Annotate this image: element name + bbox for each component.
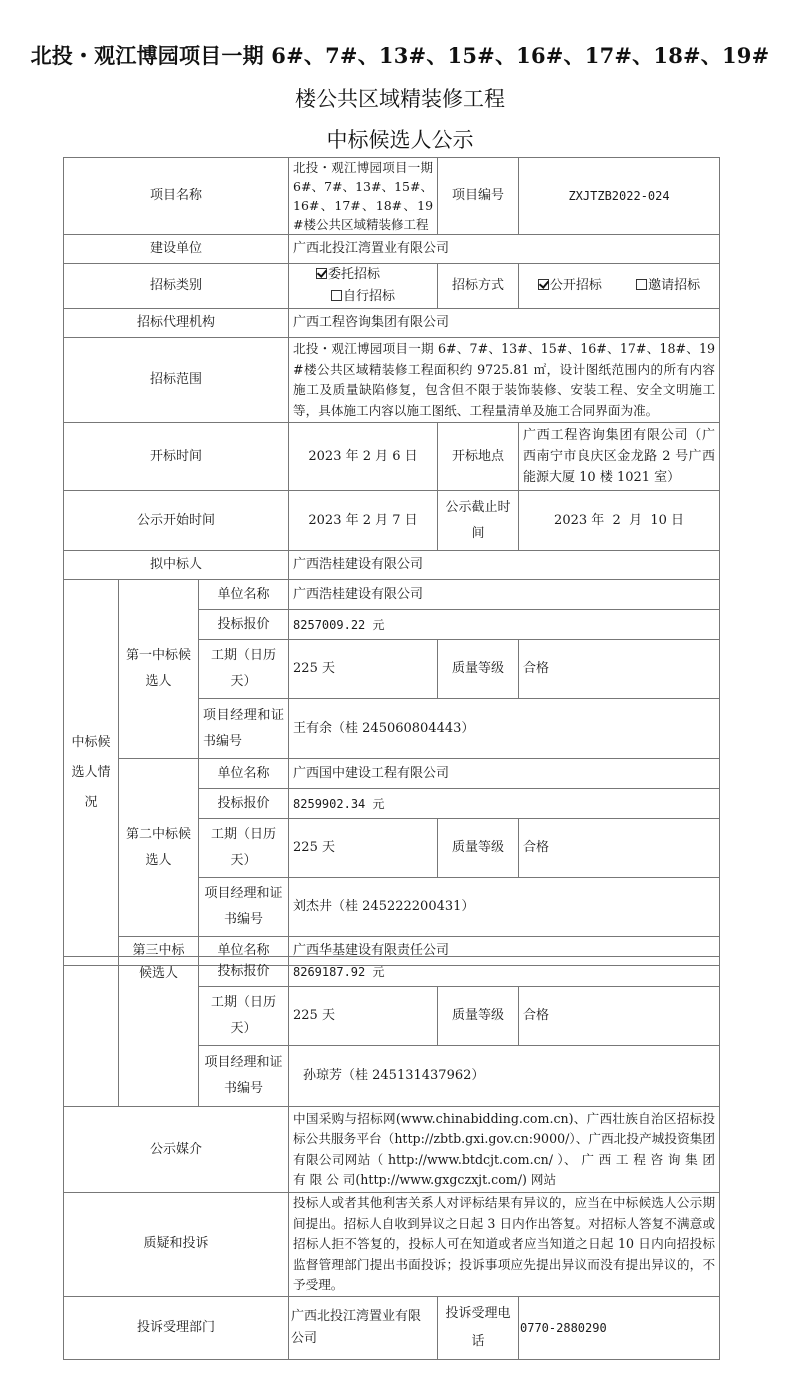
project-no-label: 项目编号	[438, 158, 519, 235]
bid-method-label: 招标方式	[438, 264, 519, 309]
unit-name-label: 单位名称	[199, 759, 289, 789]
row-complaint-dept: 投诉受理部门 广西北投江湾置业有限公司 投诉受理电话 0770-2880290	[64, 1296, 720, 1359]
candidate1-rank-label: 第一中标候选人	[119, 580, 199, 759]
candidate1-quality: 合格	[519, 640, 720, 699]
candidates-section-label: 中标候选人情况	[64, 580, 119, 966]
notice-end-label: 公示截止时间	[438, 491, 519, 551]
row-project-name: 项目名称 北投・观江博园项目一期 6#、7#、13#、15#、16#、17#、1…	[64, 158, 720, 235]
owner-label: 建设单位	[64, 235, 289, 264]
row-scope: 招标范围 北投・观江博园项目一期 6#、7#、13#、15#、16#、17#、1…	[64, 338, 720, 423]
bid-type-options: 委托招标 自行招标	[289, 264, 438, 309]
candidate2-row-unit: 第二中标候选人 单位名称 广西国中建设工程有限公司	[64, 759, 720, 789]
complaint-value: 投标人或者其他利害关系人对评标结果有异议的，应当在中标候选人公示期间提出。招标人…	[289, 1193, 720, 1297]
bid-type-label: 招标类别	[64, 264, 289, 309]
project-name-label: 项目名称	[64, 158, 289, 235]
unit-name-label: 单位名称	[199, 580, 289, 610]
candidate3-bid-price: 8269187.92 元	[289, 957, 720, 987]
open-time-value: 2023 年 2 月 6 日	[289, 423, 438, 491]
row-owner: 建设单位 广西北投江湾置业有限公司	[64, 235, 720, 264]
open-time-label: 开标时间	[64, 423, 289, 491]
complaint-phone-value: 0770-2880290	[519, 1296, 720, 1359]
candidate1-duration: 225 天	[289, 640, 438, 699]
agency-label: 招标代理机构	[64, 309, 289, 338]
checkbox-unchecked-icon[interactable]	[636, 279, 647, 290]
candidate2-manager: 刘杰井（桂 245222200431）	[289, 878, 720, 937]
scope-label: 招标范围	[64, 338, 289, 423]
candidate3-duration: 225 天	[289, 987, 438, 1046]
candidate1-bid-price: 8257009.22 元	[289, 610, 720, 640]
quality-label: 质量等级	[438, 819, 519, 878]
candidate3-rank-label-part2: 候选人	[119, 957, 199, 1107]
bid-price-label: 投标报价	[199, 610, 289, 640]
complaint-dept-value: 广西北投江湾置业有限公司	[289, 1296, 438, 1359]
candidate2-rank-label: 第二中标候选人	[119, 759, 199, 937]
candidate1-unit-name: 广西浩桂建设有限公司	[289, 580, 720, 610]
notice-end-value: 2023 年 2 月 10 日	[519, 491, 720, 551]
quality-label: 质量等级	[438, 987, 519, 1046]
option-invited[interactable]: 邀请招标	[636, 275, 700, 297]
candidate3-quality: 合格	[519, 987, 720, 1046]
proposed-winner-label: 拟中标人	[64, 551, 289, 580]
duration-label: 工期（日历天）	[199, 640, 289, 699]
checkbox-unchecked-icon[interactable]	[331, 290, 342, 301]
manager-label: 项目经理和证书编号	[199, 1046, 289, 1107]
candidate2-bid-price: 8259902.34 元	[289, 789, 720, 819]
candidates-section-continued	[64, 957, 119, 1107]
announcement-table-page2: 候选人 投标报价 8269187.92 元 工期（日历天） 225 天 质量等级…	[63, 956, 720, 1360]
notice-start-label: 公示开始时间	[64, 491, 289, 551]
project-no-value: ZXJTZB2022-024	[519, 158, 720, 235]
duration-label: 工期（日历天）	[199, 987, 289, 1046]
row-bid-type: 招标类别 委托招标 自行招标 招标方式 公开招标 邀请招标	[64, 264, 720, 309]
duration-label: 工期（日历天）	[199, 819, 289, 878]
candidate3-row-price: 候选人 投标报价 8269187.92 元	[64, 957, 720, 987]
bid-price-label: 投标报价	[199, 957, 289, 987]
announcement-table-page1: 项目名称 北投・观江博园项目一期 6#、7#、13#、15#、16#、17#、1…	[63, 157, 720, 966]
proposed-winner-value: 广西浩桂建设有限公司	[289, 551, 720, 580]
doc-title-line1: 北投・观江博园项目一期 6#、7#、13#、15#、16#、17#、18#、19…	[0, 40, 800, 70]
open-place-label: 开标地点	[438, 423, 519, 491]
candidate2-quality: 合格	[519, 819, 720, 878]
project-name-value: 北投・观江博园项目一期 6#、7#、13#、15#、16#、17#、18#、19…	[289, 158, 438, 235]
open-place-value: 广西工程咨询集团有限公司（广西南宁市良庆区金龙路 2 号广西能源大厦 10 楼 …	[519, 423, 720, 491]
row-agency: 招标代理机构 广西工程咨询集团有限公司	[64, 309, 720, 338]
complaint-phone-label: 投诉受理电话	[438, 1296, 519, 1359]
quality-label: 质量等级	[438, 640, 519, 699]
owner-value: 广西北投江湾置业有限公司	[289, 235, 720, 264]
row-open-time: 开标时间 2023 年 2 月 6 日 开标地点 广西工程咨询集团有限公司（广西…	[64, 423, 720, 491]
checkbox-checked-icon[interactable]	[538, 279, 549, 290]
candidate1-row-unit: 中标候选人情况 第一中标候选人 单位名称 广西浩桂建设有限公司	[64, 580, 720, 610]
media-value: 中国采购与招标网(www.chinabidding.com.cn)、广西壮族自治…	[289, 1107, 720, 1193]
bid-method-options: 公开招标 邀请招标	[519, 264, 720, 309]
doc-title-line2: 楼公共区域精装修工程	[0, 83, 800, 113]
checkbox-checked-icon[interactable]	[316, 268, 327, 279]
row-proposed-winner: 拟中标人 广西浩桂建设有限公司	[64, 551, 720, 580]
scope-value: 北投・观江博园项目一期 6#、7#、13#、15#、16#、17#、18#、19…	[289, 338, 720, 423]
manager-label: 项目经理和证书编号	[199, 878, 289, 937]
notice-start-value: 2023 年 2 月 7 日	[289, 491, 438, 551]
row-notice-period: 公示开始时间 2023 年 2 月 7 日 公示截止时间 2023 年 2 月 …	[64, 491, 720, 551]
media-label: 公示媒介	[64, 1107, 289, 1193]
candidate2-duration: 225 天	[289, 819, 438, 878]
complaint-dept-label: 投诉受理部门	[64, 1296, 289, 1359]
candidate2-unit-name: 广西国中建设工程有限公司	[289, 759, 720, 789]
doc-subtitle: 中标候选人公示	[0, 124, 800, 154]
option-entrusted[interactable]: 委托招标	[316, 264, 380, 286]
agency-value: 广西工程咨询集团有限公司	[289, 309, 720, 338]
option-self[interactable]: 自行招标	[331, 286, 395, 308]
complaint-label: 质疑和投诉	[64, 1193, 289, 1297]
candidate1-manager: 王有余（桂 245060804443）	[289, 699, 720, 759]
bid-price-label: 投标报价	[199, 789, 289, 819]
manager-label: 项目经理和证书编号	[199, 699, 289, 759]
row-media: 公示媒介 中国采购与招标网(www.chinabidding.com.cn)、广…	[64, 1107, 720, 1193]
option-open[interactable]: 公开招标	[538, 275, 602, 297]
row-complaint: 质疑和投诉 投标人或者其他利害关系人对评标结果有异议的，应当在中标候选人公示期间…	[64, 1193, 720, 1297]
candidate3-manager: 孙琼芳（桂 245131437962）	[289, 1046, 720, 1107]
